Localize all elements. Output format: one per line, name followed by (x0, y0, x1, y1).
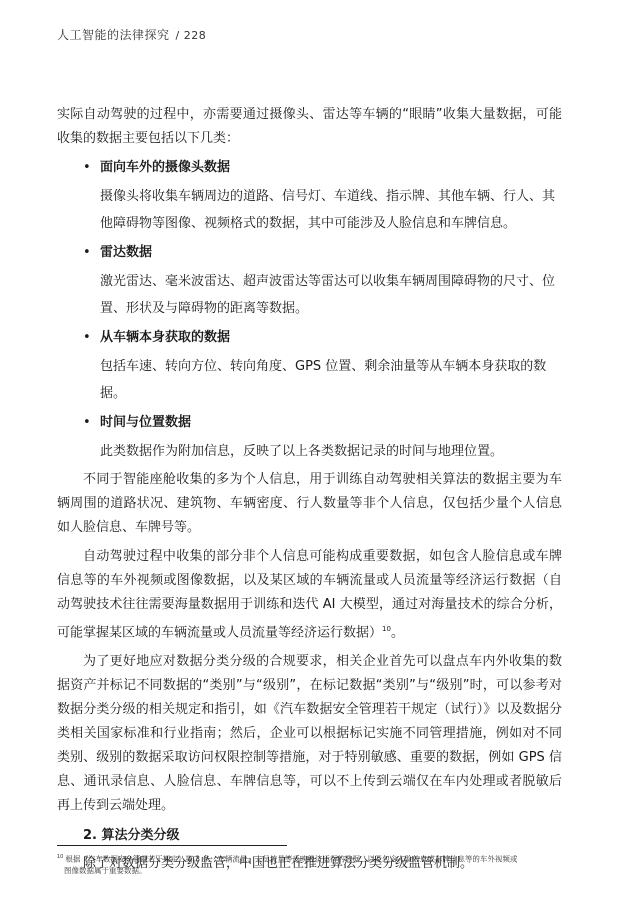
bullet-text: 激光雷达、毫米波雷达、超声波雷达等雷达可以收集车辆周围障碍物的尺寸、位置、形状及… (57, 268, 562, 322)
paragraph-3: 为了更好地应对数据分类分级的合规要求，相关企业首先可以盘点车内外收集的数据资产并… (57, 650, 562, 818)
footnote-line-1: 10根据《汽车数据安全管理若干规定》第 3 条，车辆流量、人员流量等反映经济运行… (57, 852, 562, 865)
paragraph-1: 不同于智能座舱收集的多为个人信息，用于训练自动驾驶相关算法的数据主要为车辆周围的… (57, 468, 562, 540)
bullet-icon: • (83, 326, 91, 350)
bullet-text: 摄像头将收集车辆周边的道路、信号灯、车道线、指示牌、其他车辆、行人、其他障碍物等… (57, 183, 562, 237)
bullet-time-location: •时间与位置数据 (57, 411, 562, 435)
paragraph-2: 自动驾驶过程中收集的部分非个人信息可能构成重要数据，如包含人脸信息或车牌信息等的… (57, 545, 562, 645)
book-title: 人工智能的法律探究 (57, 28, 170, 42)
bullet-text: 此类数据作为附加信息，反映了以上各类数据记录的时间与地理位置。 (57, 438, 562, 465)
bullet-title: 雷达数据 (100, 245, 152, 260)
bullet-text: 包括车速、转向方位、转向角度、GPS 位置、剩余油量等从车辆本身获取的数据。 (57, 353, 562, 407)
footnote-divider (57, 845, 287, 846)
running-header: 人工智能的法律探究/ 228 (57, 26, 206, 43)
page-body: 实际自动驾驶的过程中，亦需要通过摄像头、雷达等车辆的“眼睛”收集大量数据，可能收… (57, 103, 562, 881)
page-number: / 228 (176, 29, 207, 42)
bullet-vehicle: •从车辆本身获取的数据 (57, 326, 562, 350)
paragraph-2-text: 自动驾驶过程中收集的部分非个人信息可能构成重要数据，如包含人脸信息或车牌信息等的… (57, 549, 562, 640)
bullet-title: 时间与位置数据 (100, 415, 191, 430)
paragraph-2-end: 。 (391, 625, 404, 640)
footnote-line-2: 图像数据属于重要数据。 (57, 865, 562, 876)
intro-paragraph: 实际自动驾驶的过程中，亦需要通过摄像头、雷达等车辆的“眼睛”收集大量数据，可能收… (57, 103, 562, 151)
bullet-title: 从车辆本身获取的数据 (100, 330, 230, 345)
footnote-number: 10 (57, 854, 63, 860)
footnote: 10根据《汽车数据安全管理若干规定》第 3 条，车辆流量、人员流量等反映经济运行… (57, 852, 562, 876)
bullet-radar: •雷达数据 (57, 241, 562, 265)
footnote-ref[interactable]: 10 (382, 625, 391, 633)
bullet-icon: • (83, 241, 91, 265)
bullet-camera: •面向车外的摄像头数据 (57, 156, 562, 180)
bullet-title: 面向车外的摄像头数据 (100, 160, 230, 175)
bullet-icon: • (83, 411, 91, 435)
bullet-icon: • (83, 156, 91, 180)
footnote-text: 根据《汽车数据安全管理若干规定》第 3 条，车辆流量、人员流量等反映经济运行的数… (65, 855, 517, 864)
